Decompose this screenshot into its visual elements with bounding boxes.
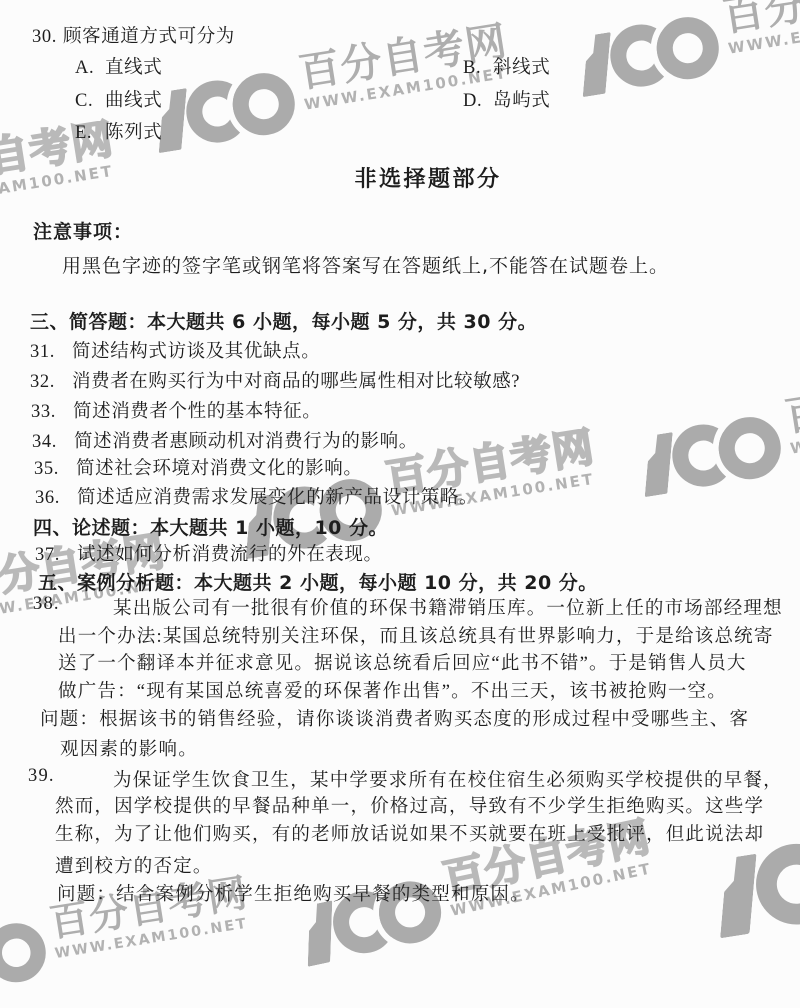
option-c: C.曲线式 xyxy=(75,86,162,112)
option-text: 曲线式 xyxy=(105,91,162,111)
item-number: 36. xyxy=(35,488,77,509)
notice-body: 用黑色字迹的签字笔或钢笔将答案写在答题纸上,不能答在试题卷上。 xyxy=(62,251,669,278)
question-39-line: 为保证学生饮食卫生，某中学要求所有在校住宿生必须购买学校提供的早餐， xyxy=(113,766,783,792)
item-text: 试述如何分析消费流行的外在表现。 xyxy=(77,545,383,565)
exam-content: 30.顾客通道方式可分为 A.直线式 B.斜线式 C.曲线式 D.岛屿式 E.陈… xyxy=(0,0,800,1008)
question-39-line: 然而，因学校提供的早餐品种单一，价格过高，导致有不少学生拒绝购买。这些学 xyxy=(55,792,764,818)
item-text: 简述社会环境对消费文化的影响。 xyxy=(76,459,363,479)
question-30-stem: 30.顾客通道方式可分为 xyxy=(32,22,235,48)
question-39-line: 问题：结合案例分析学生拒绝购买早餐的类型和原因。 xyxy=(57,880,530,906)
question-38-line: 出一个办法:某国总统特别关注环保，而且该总统具有世界影响力，于是给该总统寄 xyxy=(58,622,774,648)
item-text: 简述适应消费需求发展变化的新产品设计策略。 xyxy=(77,488,478,508)
question-39-line: 遭到校方的否定。 xyxy=(55,852,213,878)
exam-page: 百分自考网 WWW.EXAM100.NET 百分自考网 WWW.EXAM100.… xyxy=(0,0,800,1008)
item-text: 简述结构式访谈及其优缺点。 xyxy=(72,342,320,362)
item-37: 37.试述如何分析消费流行的外在表现。 xyxy=(35,540,383,566)
option-label: C. xyxy=(75,91,105,112)
notice-title: 注意事项： xyxy=(33,217,133,244)
question-38-line: 做广告：“现有某国总统喜爱的环保著作出售”。不出三天，该书被抢购一空。 xyxy=(58,677,727,703)
item-number: 35. xyxy=(34,459,76,480)
option-label: D. xyxy=(463,91,493,112)
option-d: D.岛屿式 xyxy=(463,86,550,112)
option-text: 直线式 xyxy=(105,58,162,78)
question-38-line: 问题：根据该书的销售经验，请你谈谈消费者购买态度的形成过程中受哪些主、客 xyxy=(40,705,749,731)
question-38-line: 观因素的影响。 xyxy=(60,735,198,761)
question-39-number: 39. xyxy=(28,766,55,787)
option-text: 陈列式 xyxy=(105,123,162,143)
question-38-number: 38. xyxy=(33,594,60,615)
question-39-line: 生称，为了让他们购买，有的老师放话说如果不买就要在班上受批评，但此说法却 xyxy=(55,820,764,846)
option-label: B. xyxy=(463,58,493,79)
option-text: 斜线式 xyxy=(493,58,550,78)
item-number: 33. xyxy=(31,402,73,423)
item-33: 33.简述消费者个性的基本特征。 xyxy=(31,397,321,423)
item-31: 31.简述结构式访谈及其优缺点。 xyxy=(30,337,320,363)
option-e: E.陈列式 xyxy=(75,118,162,144)
item-number: 37. xyxy=(35,545,77,566)
option-text: 岛屿式 xyxy=(493,91,550,111)
section4-header: 四、论述题：本大题共 1 小题，10 分。 xyxy=(33,513,388,540)
item-number: 32. xyxy=(30,372,72,393)
item-34: 34.简述消费者惠顾动机对消费行为的影响。 xyxy=(32,427,418,453)
question-38-line: 送了一个翻译本并征求意见。据说该总统看后回应“此书不错”。于是销售人员大 xyxy=(58,649,747,675)
question-number: 30. xyxy=(32,27,63,48)
item-text: 消费者在购买行为中对商品的哪些属性相对比较敏感? xyxy=(72,372,520,392)
section-heading: 非选择题部分 xyxy=(28,162,800,193)
item-number: 31. xyxy=(30,342,72,363)
item-32: 32.消费者在购买行为中对商品的哪些属性相对比较敏感? xyxy=(30,367,520,393)
option-label: E. xyxy=(75,123,105,144)
section3-header: 三、简答题：本大题共 6 小题，每小题 5 分，共 30 分。 xyxy=(30,307,537,334)
question-text: 顾客通道方式可分为 xyxy=(63,27,235,47)
item-text: 简述消费者个性的基本特征。 xyxy=(73,402,321,422)
section5-header: 五、案例分析题：本大题共 2 小题，每小题 10 分，共 20 分。 xyxy=(38,568,598,595)
question-38-line: 某出版公司有一批很有价值的环保书籍滞销压库。一位新上任的市场部经理想 xyxy=(113,594,783,620)
item-36: 36.简述适应消费需求发展变化的新产品设计策略。 xyxy=(35,483,478,509)
option-b: B.斜线式 xyxy=(463,53,550,79)
item-35: 35.简述社会环境对消费文化的影响。 xyxy=(34,454,363,480)
item-text: 简述消费者惠顾动机对消费行为的影响。 xyxy=(74,432,418,452)
option-a: A.直线式 xyxy=(75,53,162,79)
option-label: A. xyxy=(75,58,105,79)
item-number: 34. xyxy=(32,432,74,453)
